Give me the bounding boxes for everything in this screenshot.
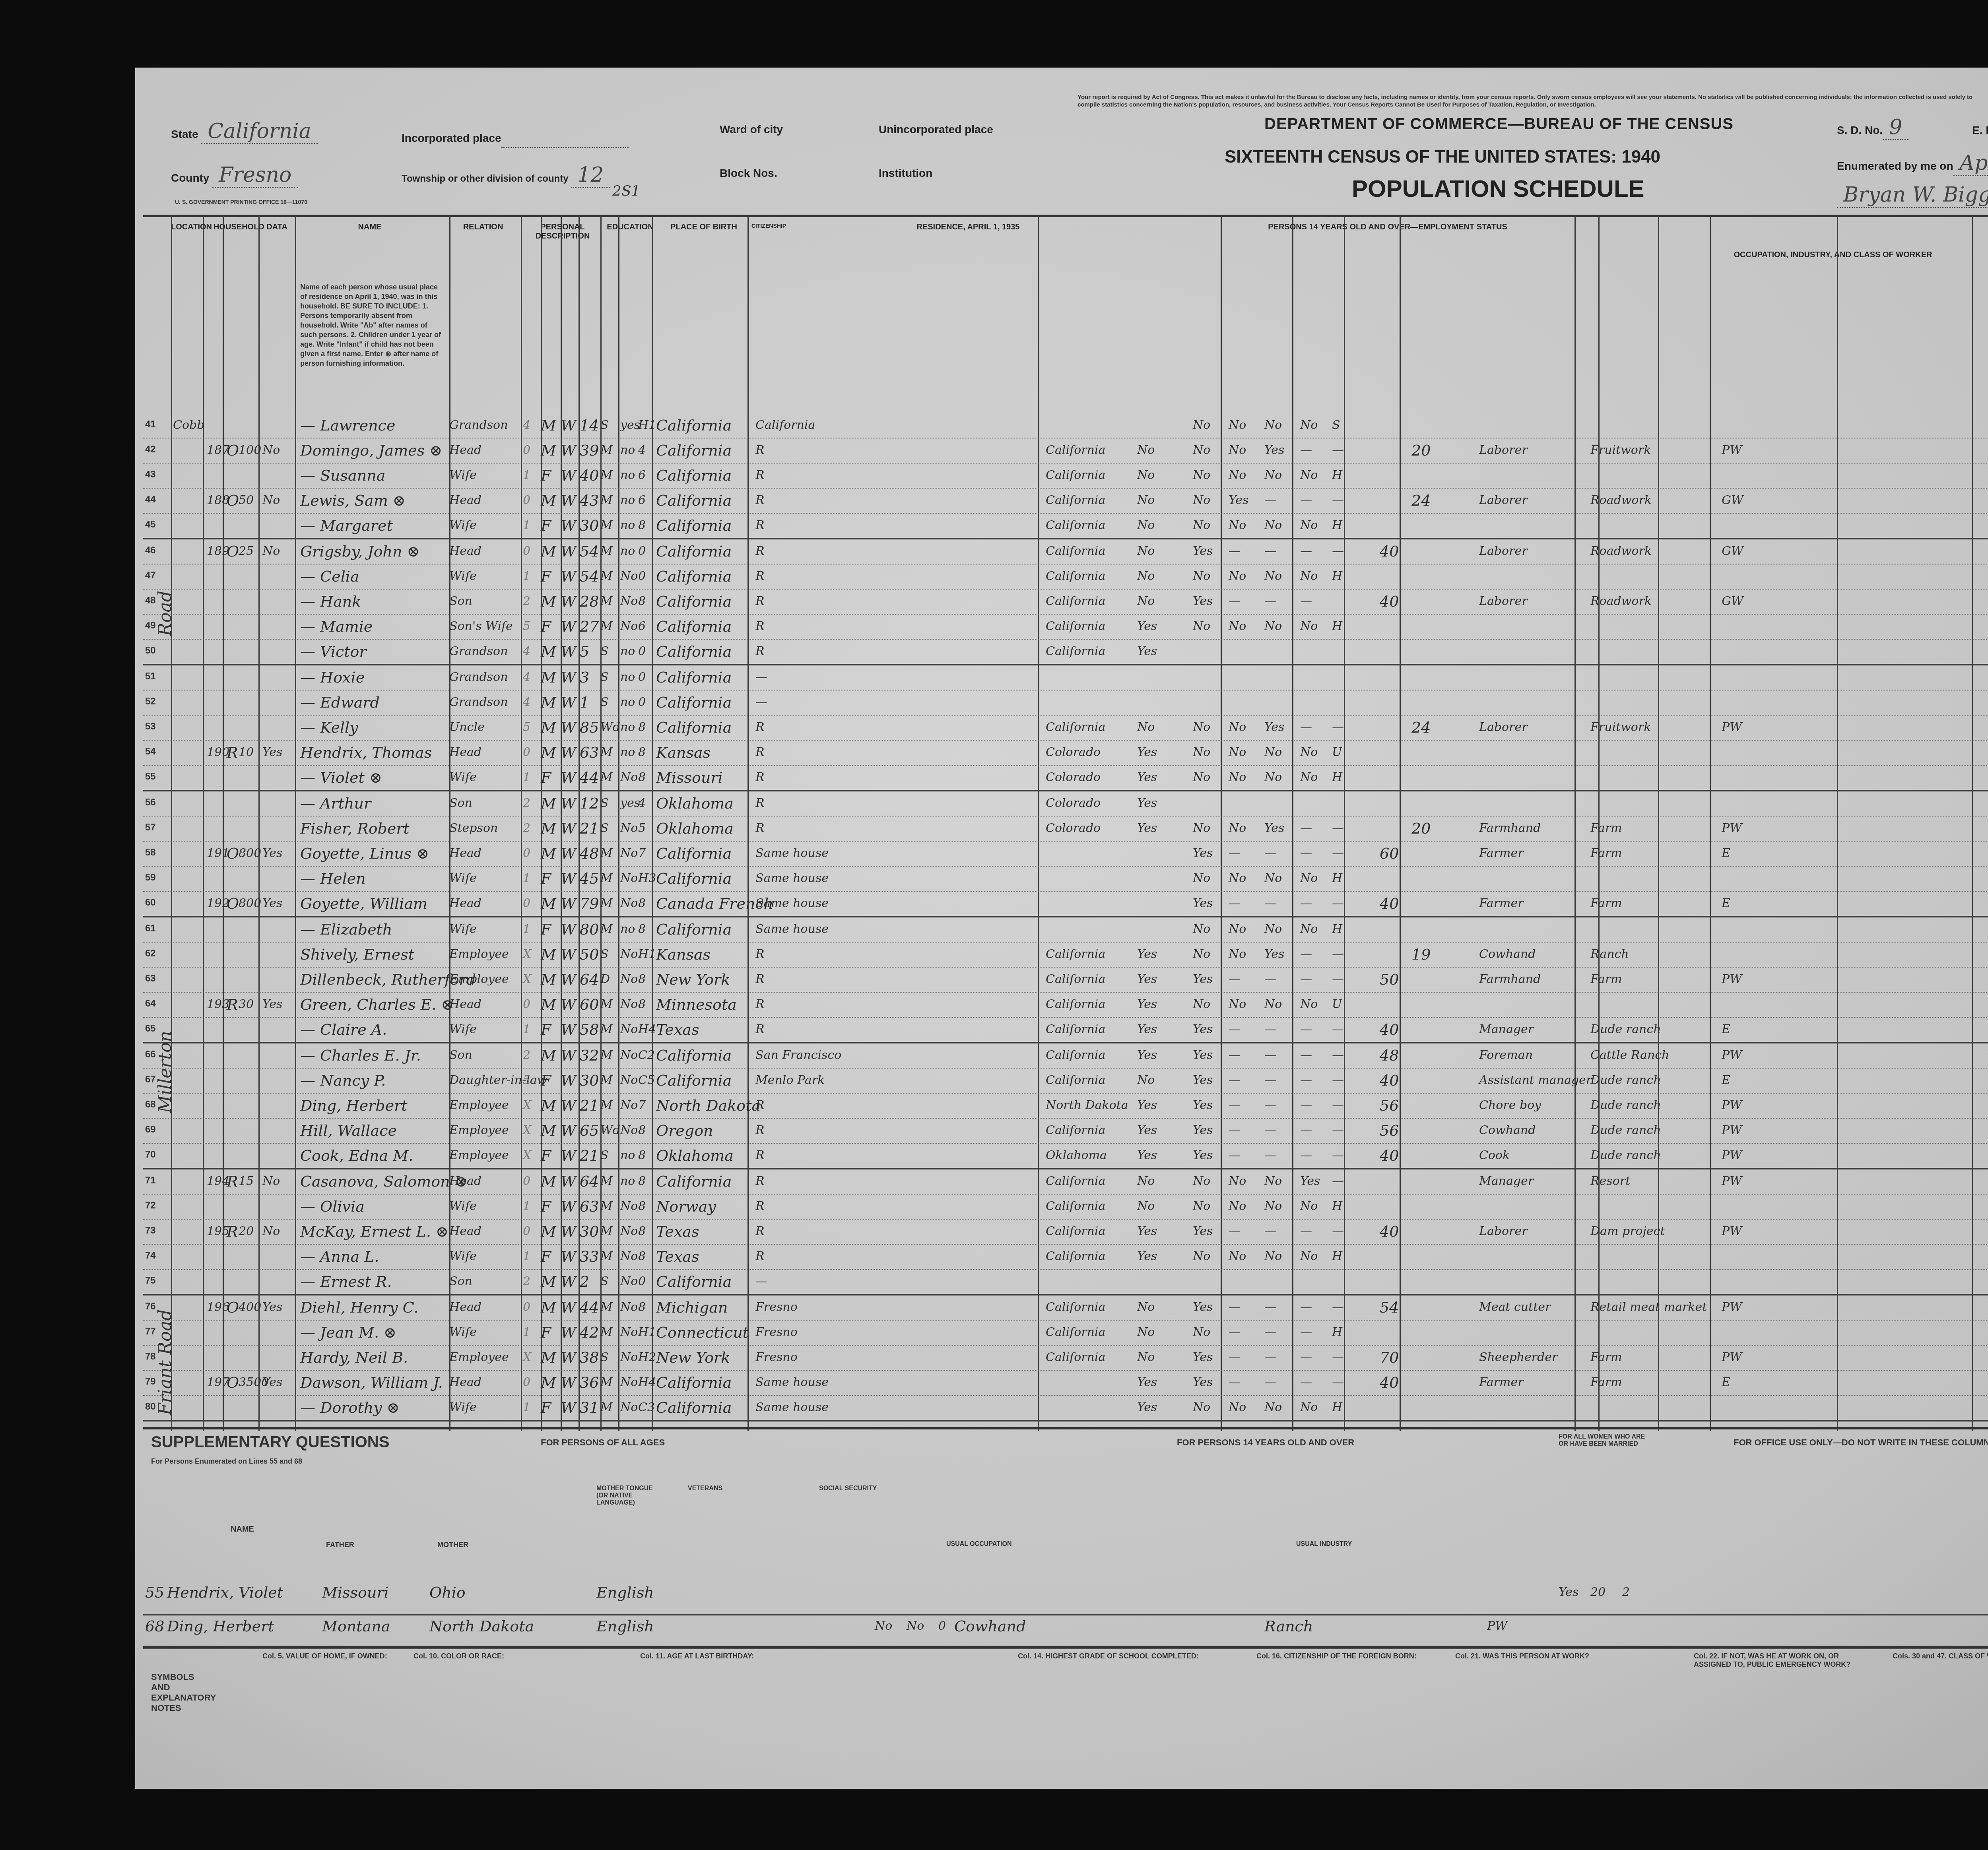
cell-birth: California: [656, 1046, 732, 1065]
cell-farm35: No: [1137, 567, 1155, 586]
cell-race: W: [561, 1398, 576, 1417]
cell-rel: Wife: [449, 1197, 477, 1216]
supp-cell-mother: Ohio: [429, 1583, 466, 1602]
cell-birth: California: [656, 668, 732, 687]
cell-seek: No: [1264, 1197, 1282, 1216]
cell-name: — Arthur: [300, 794, 371, 813]
cell-seek: Yes: [1264, 819, 1284, 838]
cell-work: No: [1193, 920, 1210, 939]
cell-occ: Farmer: [1479, 1373, 1524, 1392]
cell-emerg: —: [1229, 1298, 1241, 1317]
unincorporated-field: Unincorporated place: [879, 123, 993, 136]
cell-school: No: [620, 1398, 638, 1417]
cell-farm: Yes: [262, 844, 282, 863]
cell-farm35: Yes: [1137, 819, 1157, 838]
table-row: 6262Shively, ErnestEmployeeXMW50SNoH1Kan…: [143, 942, 1988, 968]
cell-sex: M: [541, 1298, 556, 1317]
cell-code: 1: [523, 1020, 530, 1039]
cell-occ: Cook: [1479, 1146, 1510, 1165]
cell-seek: —: [1264, 1222, 1276, 1241]
cell-grade: 8: [638, 743, 646, 762]
line-number: 47: [145, 570, 156, 581]
cell-farm35: Yes: [1137, 1247, 1157, 1266]
line-number: 74: [145, 1250, 156, 1261]
cell-work: Yes: [1193, 1046, 1213, 1065]
table-row: 6969Hill, WallaceEmployeeXMW65WdNo8Orego…: [143, 1119, 1988, 1144]
cell-mar: M: [600, 743, 613, 762]
cell-cls: PW: [1722, 1146, 1742, 1165]
cell-cls: GW: [1722, 592, 1743, 611]
cell-code: 0: [523, 1172, 530, 1191]
cell-mar: M: [600, 567, 613, 586]
cell-age: 48: [580, 844, 599, 863]
cell-own: R: [227, 743, 238, 762]
supplementary-row: 55Hendrix, VioletMissouriOhioEnglishYes2…: [143, 1580, 1988, 1615]
confidentiality-notice: Your report is required by Act of Congre…: [1077, 93, 1988, 109]
cell-grade: 0: [638, 642, 646, 661]
cell-own: O: [227, 894, 239, 913]
cell-work: No: [1193, 819, 1210, 838]
cell-code: 0: [523, 743, 530, 762]
cell-farm35: Yes: [1137, 970, 1157, 989]
cell-sex: F: [541, 1071, 551, 1090]
cell-code: 1: [523, 920, 530, 939]
cell-name: Hendrix, Thomas: [300, 743, 432, 762]
cell-occ: Laborer: [1479, 718, 1528, 737]
supplementary-section: SUPPLEMENTARY QUESTIONS For Persons Enum…: [143, 1427, 1988, 1648]
cell-name: — Jean M. ⊗: [300, 1323, 396, 1342]
cell-name: McKay, Ernest L. ⊗: [300, 1222, 448, 1241]
cell-sex: M: [541, 1096, 556, 1115]
cell-grade: 8: [638, 768, 646, 787]
table-row: 7676196O400YesDiehl, Henry C.Head0MW44MN…: [143, 1295, 1988, 1321]
cell-ind: Ranch: [1590, 945, 1629, 964]
cell-ind: Roadwork: [1590, 491, 1652, 510]
cell-age: 40: [580, 466, 599, 485]
table-row: 5656— ArthurSon2MW12Syes4OklahomaRColora…: [143, 791, 1988, 816]
cell-sex: F: [541, 1398, 551, 1417]
cell-house: 195: [207, 1222, 229, 1241]
cell-seek: No: [1264, 567, 1282, 586]
cell-occ: Manager: [1479, 1020, 1534, 1039]
cell-rel: Employee: [449, 945, 509, 964]
cell-farm35: Yes: [1137, 1020, 1157, 1039]
line-number: 50: [145, 645, 156, 656]
cell-seek: —: [1264, 1348, 1276, 1367]
line-number: 43: [145, 469, 156, 480]
cell-res-state: California: [1046, 1348, 1105, 1367]
cell-race: W: [561, 617, 576, 636]
cell-work: Yes: [1193, 1071, 1213, 1090]
cell-res-city: R: [755, 768, 765, 787]
cell-asgn: —: [1300, 542, 1312, 561]
cell-name: — Violet ⊗: [300, 768, 382, 787]
cell-hrs: 60: [1380, 844, 1399, 863]
cell-res-state: California: [1046, 1222, 1105, 1241]
table-row: 4343— SusannaWife1FW40Mno6CaliforniaRCal…: [143, 463, 1988, 489]
cell-ind: Fruitwork: [1590, 441, 1651, 460]
cell-rel: Head: [449, 894, 481, 913]
cell-work: Yes: [1193, 1373, 1213, 1392]
cell-mar: M: [600, 995, 613, 1014]
line-number: 77: [145, 1326, 156, 1337]
table-row: 7070Cook, Edna M.EmployeeXFW21Sno8Oklaho…: [143, 1144, 1988, 1169]
cell-code: X: [523, 1121, 531, 1140]
cell-other: H: [1332, 567, 1342, 586]
cell-ind: Farm: [1590, 844, 1622, 863]
cell-code: 1: [523, 567, 530, 586]
column-headers: LOCATION HOUSEHOLD DATA NAME RELATION PE…: [143, 219, 1988, 413]
cell-code: 0: [523, 1298, 530, 1317]
cell-farm35: Yes: [1137, 1222, 1157, 1241]
cell-rel: Son: [449, 1272, 472, 1291]
cell-name: Casanova, Salomon ⊗: [300, 1172, 468, 1191]
cell-mar: M: [600, 1172, 613, 1191]
cell-work: Yes: [1193, 1348, 1213, 1367]
supp-cell-cls: PW: [1487, 1617, 1507, 1636]
cell-cls: E: [1722, 894, 1730, 913]
cell-rel: Wife: [449, 567, 477, 586]
cell-occ: Farmhand: [1479, 970, 1541, 989]
cell-rel: Son's Wife: [449, 617, 513, 636]
cell-farm35: No: [1137, 1172, 1155, 1191]
cell-work: No: [1193, 1172, 1210, 1191]
cell-emerg: No: [1229, 617, 1246, 636]
cell-code: 4: [523, 416, 530, 435]
supp-title: SUPPLEMENTARY QUESTIONS: [151, 1433, 389, 1451]
cell-age: 36: [580, 1373, 599, 1392]
cell-seek: —: [1264, 894, 1276, 913]
line-number: 71: [145, 1175, 156, 1186]
line-number: 45: [145, 519, 156, 530]
cell-farm: No: [262, 441, 280, 460]
cell-mar: M: [600, 1046, 613, 1065]
township-field: Township or other division of county 12: [402, 163, 610, 187]
cell-seek: Yes: [1264, 945, 1284, 964]
cell-other: —: [1332, 819, 1344, 838]
cell-race: W: [561, 1071, 576, 1090]
cell-age: 21: [580, 819, 599, 838]
cell-work: Yes: [1193, 970, 1213, 989]
cell-asgn: —: [1300, 491, 1312, 510]
cell-own: O: [227, 542, 239, 561]
table-row: 6868Ding, HerbertEmployeeXMW21MNo7North …: [143, 1094, 1988, 1119]
group-name: NAME: [294, 223, 445, 232]
cell-emerg: No: [1229, 466, 1246, 485]
enumerator-field: Bryan W. BiggsEnumerator.: [1837, 183, 1988, 207]
cell-grade: H2: [638, 1348, 656, 1367]
cell-code: 1: [523, 869, 530, 888]
cell-unemp: 20: [1411, 441, 1431, 460]
cell-house: 188: [207, 491, 229, 510]
cell-hrs: 40: [1380, 1222, 1399, 1241]
cell-race: W: [561, 441, 576, 460]
cell-school: no: [620, 743, 635, 762]
cell-rel: Grandson: [449, 693, 508, 712]
line-number: 66: [145, 1049, 156, 1060]
group-education: EDUCATION: [604, 223, 656, 232]
cell-code: 1: [523, 516, 530, 535]
cell-occ: Chore boy: [1479, 1096, 1541, 1115]
table-row: 4646189O25NoGrigsby, John ⊗Head0MW54Mno0…: [143, 539, 1988, 564]
cell-unemp: 19: [1411, 945, 1431, 964]
line-number: 72: [145, 1200, 156, 1211]
cell-seek: Yes: [1264, 441, 1284, 460]
table-row: 7373195R20NoMcKay, Ernest L. ⊗Head0MW30M…: [143, 1220, 1988, 1245]
cell-res-city: Fresno: [755, 1348, 798, 1367]
cell-res-state: California: [1046, 542, 1105, 561]
cell-sex: M: [541, 894, 556, 913]
cell-seek: —: [1264, 1071, 1276, 1090]
cell-work: No: [1193, 491, 1210, 510]
cell-grade: 8: [638, 1146, 646, 1165]
cell-emerg: —: [1229, 1323, 1241, 1342]
cell-other: S: [1332, 416, 1340, 435]
line-number: 76: [145, 1301, 156, 1312]
supp-cell-occ: Cowhand: [954, 1617, 1026, 1636]
cell-farm: No: [262, 1172, 280, 1191]
cell-birth: California: [656, 718, 732, 737]
cell-code: X: [523, 945, 531, 964]
cell-code: 4: [523, 642, 530, 661]
cell-birth: Norway: [656, 1197, 716, 1216]
cell-grade: 7: [638, 1096, 646, 1115]
cell-occ: Manager: [1479, 1172, 1534, 1191]
cell-race: W: [561, 1247, 576, 1266]
supp-cell-line: 55: [145, 1583, 164, 1602]
cell-sex: F: [541, 1197, 551, 1216]
cell-house: 189: [207, 542, 229, 561]
cell-grade: H3: [638, 869, 656, 888]
cell-age: 5: [580, 642, 589, 661]
cell-emerg: —: [1229, 1348, 1241, 1367]
cell-grade: 8: [638, 920, 646, 939]
cell-house: 187: [207, 441, 229, 460]
cell-own: R: [227, 1172, 238, 1191]
cell-rel: Employee: [449, 1146, 509, 1165]
cell-sex: F: [541, 1247, 551, 1266]
cell-race: W: [561, 844, 576, 863]
cell-res-state: North Dakota: [1046, 1096, 1128, 1115]
cell-sex: F: [541, 920, 551, 939]
cell-birth: New York: [656, 970, 730, 989]
table-row: 7979197O3500YesDawson, William J.Head0MW…: [143, 1371, 1988, 1396]
cell-race: W: [561, 1197, 576, 1216]
cell-rel: Wife: [449, 466, 477, 485]
cell-sex: M: [541, 1348, 556, 1367]
group-personal: PERSONAL DESCRIPTION: [521, 223, 604, 241]
table-row: 4949— MamieSon's Wife5FW27MNo6California…: [143, 615, 1988, 640]
cell-sex: M: [541, 995, 556, 1014]
cell-res-city: R: [755, 819, 765, 838]
cell-mar: M: [600, 920, 613, 939]
cell-grade: 6: [638, 466, 646, 485]
cell-own: R: [227, 1222, 238, 1241]
cell-birth: Connecticut: [656, 1323, 749, 1342]
cell-emerg: —: [1229, 1020, 1241, 1039]
cell-grade: 8: [638, 1121, 646, 1140]
cell-hrs: 40: [1380, 1373, 1399, 1392]
cell-rel: Wife: [449, 768, 477, 787]
cell-grade: H1: [638, 945, 656, 964]
cell-race: W: [561, 466, 576, 485]
cell-res-state: California: [1046, 617, 1105, 636]
cell-code: 0: [523, 542, 530, 561]
cell-house: 196: [207, 1298, 229, 1317]
cell-farm35: No: [1137, 516, 1155, 535]
cell-work: No: [1193, 995, 1210, 1014]
cell-hrs: 54: [1380, 1298, 1399, 1317]
group-employment: PERSONS 14 YEARS OLD AND OVER—EMPLOYMENT…: [1169, 223, 1606, 232]
cell-sex: M: [541, 718, 556, 737]
supplementary-row: 68Ding, HerbertMontanaNorth DakotaEnglis…: [143, 1614, 1988, 1649]
cell-name: Hardy, Neil B.: [300, 1348, 408, 1367]
cell-age: 65: [580, 1121, 599, 1140]
cell-race: W: [561, 642, 576, 661]
cell-sex: M: [541, 1373, 556, 1392]
table-row: 7171194R15NoCasanova, Salomon ⊗Head0MW64…: [143, 1169, 1988, 1195]
cell-emerg: Yes: [1229, 491, 1248, 510]
line-number: 55: [145, 771, 156, 782]
cell-code: X: [523, 1348, 531, 1367]
supp-cell-father: Missouri: [322, 1583, 389, 1602]
cell-birth: North Dakota: [656, 1096, 761, 1115]
cell-race: W: [561, 592, 576, 611]
cell-seek: —: [1264, 1298, 1276, 1317]
cell-cls: GW: [1722, 491, 1743, 510]
line-number: 78: [145, 1351, 156, 1362]
cell-house: 190: [207, 743, 229, 762]
cell-ind: Retail meat market: [1590, 1298, 1707, 1317]
cell-asgn: —: [1300, 1323, 1312, 1342]
cell-sex: M: [541, 844, 556, 863]
cell-school: No: [620, 995, 638, 1014]
cell-ind: Cattle Ranch: [1590, 1046, 1669, 1065]
cell-res-city: —: [755, 668, 767, 687]
cell-res-city: R: [755, 516, 765, 535]
cell-res-state: California: [1046, 1298, 1105, 1317]
cell-res-state: California: [1046, 718, 1105, 737]
cell-rel: Employee: [449, 970, 509, 989]
cell-mar: M: [600, 592, 613, 611]
cell-cls: PW: [1722, 1298, 1742, 1317]
cell-house: 192: [207, 894, 229, 913]
cell-mar: M: [600, 516, 613, 535]
cell-school: no: [620, 718, 635, 737]
cell-school: no: [620, 542, 635, 561]
cell-value: 50: [239, 491, 254, 510]
cell-name: — Hoxie: [300, 668, 365, 687]
cell-seek: No: [1264, 1247, 1282, 1266]
cell-occ: Sheepherder: [1479, 1348, 1557, 1367]
table-row: 5858191O800YesGoyette, Linus ⊗Head0MW48M…: [143, 842, 1988, 867]
cell-grade: 6: [638, 491, 646, 510]
cell-seek: No: [1264, 1172, 1282, 1191]
cell-birth: California: [656, 693, 732, 712]
cell-res-state: California: [1046, 567, 1105, 586]
cell-age: 28: [580, 592, 599, 611]
cell-school: No: [620, 592, 638, 611]
cell-sex: M: [541, 1272, 556, 1291]
cell-grade: 8: [638, 592, 646, 611]
schedule-title: POPULATION SCHEDULE: [1352, 175, 1644, 202]
cell-school: No: [620, 1071, 638, 1090]
cell-farm35: Yes: [1137, 995, 1157, 1014]
cell-grade: 4: [638, 441, 646, 460]
cell-emerg: No: [1229, 743, 1246, 762]
cell-ind: Dude ranch: [1590, 1121, 1661, 1140]
cell-school: No: [620, 894, 638, 913]
cell-farm35: No: [1137, 1323, 1155, 1342]
group-citizenship: CITIZENSHIP: [751, 223, 775, 229]
cell-birth: Michigan: [656, 1298, 728, 1317]
cell-name: Ding, Herbert: [300, 1096, 408, 1115]
cell-code: 0: [523, 441, 530, 460]
cell-grade: C3: [638, 1398, 655, 1417]
cell-emerg: No: [1229, 869, 1246, 888]
cell-emerg: No: [1229, 768, 1246, 787]
cell-birth: California: [656, 920, 732, 939]
block-field: Block Nos.: [720, 167, 777, 180]
cell-sex: M: [541, 794, 556, 813]
cell-res-city: R: [755, 945, 765, 964]
line-number: 63: [145, 973, 156, 984]
cell-mar: S: [600, 642, 609, 661]
cell-value: 30: [239, 995, 254, 1014]
cell-school: no: [620, 491, 635, 510]
cell-school: no: [620, 668, 635, 687]
cell-race: W: [561, 869, 576, 888]
cell-other: U: [1332, 743, 1342, 762]
cell-res-city: Same house: [755, 920, 829, 939]
supp-cell-ind: Ranch: [1264, 1617, 1313, 1636]
cell-emerg: —: [1229, 1071, 1241, 1090]
cell-cls: PW: [1722, 970, 1742, 989]
supp-cell-married: Yes: [1559, 1583, 1578, 1602]
census-rows: 4141Cobb— LawrenceGrandson4MW14SyesH1Cal…: [143, 413, 1988, 1421]
cell-age: 27: [580, 617, 599, 636]
cell-sex: F: [541, 466, 551, 485]
cell-res-city: Same house: [755, 869, 829, 888]
cell-rel: Head: [449, 995, 481, 1014]
cell-mar: S: [600, 1146, 609, 1165]
cell-rel: Grandson: [449, 642, 508, 661]
cell-emerg: —: [1229, 894, 1241, 913]
cell-name: — Elizabeth: [300, 920, 392, 939]
cell-rel: Wife: [449, 1247, 477, 1266]
cell-code: 1: [523, 768, 530, 787]
cell-grade: 8: [638, 1172, 646, 1191]
cell-cls: E: [1722, 1020, 1730, 1039]
cell-emerg: No: [1229, 416, 1246, 435]
cell-res-state: California: [1046, 466, 1105, 485]
cell-other: H: [1332, 1247, 1342, 1266]
cell-race: W: [561, 693, 576, 712]
cell-value: 15: [239, 1172, 254, 1191]
cell-birth: California: [656, 416, 732, 435]
cell-mar: M: [600, 894, 613, 913]
cell-res-city: R: [755, 1247, 765, 1266]
cell-grade: 6: [638, 617, 646, 636]
cell-farm: Yes: [262, 743, 282, 762]
cell-seek: No: [1264, 920, 1282, 939]
cell-asgn: No: [1300, 617, 1318, 636]
cell-emerg: —: [1229, 970, 1241, 989]
cell-age: 43: [580, 491, 599, 510]
cell-asgn: No: [1300, 743, 1318, 762]
cell-name: — Olivia: [300, 1197, 365, 1216]
cell-farm: No: [262, 542, 280, 561]
